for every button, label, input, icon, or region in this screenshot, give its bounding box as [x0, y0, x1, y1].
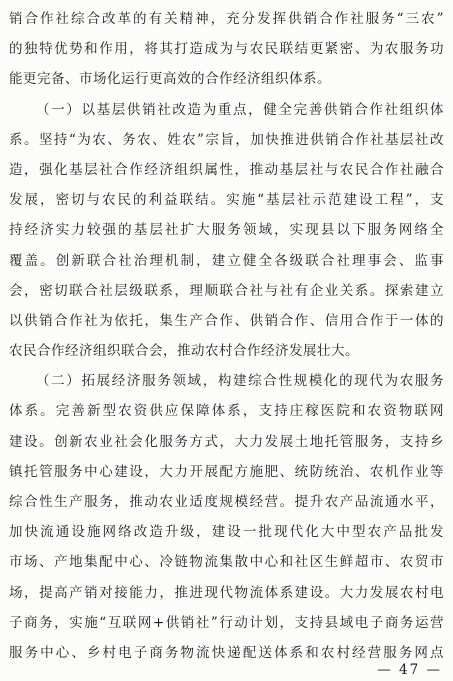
- text-line: 市场、产地集配中心、冷链物流集散中心和社区生鲜超市、农贸市: [9, 547, 444, 577]
- text-line: （二）拓展经济服务领域，构建综合性规模化的现代为农服务: [9, 366, 444, 396]
- text-line: 镇托管服务中心建设，大力开展配方施肥、统防统治、农机作业等: [9, 457, 444, 487]
- text-line: 造，强化基层社合作经济组织属性，推动基层社与农民合作社融合: [9, 155, 444, 185]
- document-page: 销合作社综合改革的有关精神，充分发挥供销合作社服务“三农”的独特优势和作用，将其…: [0, 0, 453, 681]
- text-line: 农民合作经济组织联合会，推动农村合作经济发展壮大。: [9, 336, 444, 366]
- page-number: — 47 —: [377, 662, 442, 678]
- text-line: 加快流通设施网络改造升级，建设一批现代化大中型农产品批发: [9, 517, 444, 547]
- text-line: 会，密切联合社层级联系，理顺联合社与社有企业关系。探索建立: [9, 276, 444, 306]
- text-line: 能更完备、市场化运行更高效的合作经济组织体系。: [9, 64, 444, 94]
- text-line: 的独特优势和作用，将其打造成为与农民联结更紧密、为农服务功: [9, 34, 444, 64]
- text-line: 发展，密切与农民的利益联结。实施“基层社示范建设工程”，支: [9, 185, 444, 215]
- text-line: 以供销合作社为依托，集生产合作、供销合作、信用合作于一体的: [9, 306, 444, 336]
- text-line: 持经济实力较强的基层社扩大服务领域，实现县以下服务网络全: [9, 215, 444, 245]
- text-line: 系。坚持“为农、务农、姓农”宗旨，加快推进供销合作社基层社改: [9, 125, 444, 155]
- text-line: 销合作社综合改革的有关精神，充分发挥供销合作社服务“三农”: [9, 4, 444, 34]
- text-line: 综合性生产服务，推动农业适度规模经营。提升农产品流通水平，: [9, 487, 444, 517]
- text-line: 场，提高产销对接能力，推进现代物流体系建设。大力发展农村电: [9, 578, 444, 608]
- text-line: 子商务，实施“互联网+供销社”行动计划，支持县域电子商务运营: [9, 608, 444, 638]
- text-line: 建设。创新农业社会化服务方式，大力发展土地托管服务，支持乡: [9, 427, 444, 457]
- text-line: （一）以基层供销社改造为重点，健全完善供销合作社组织体: [9, 95, 444, 125]
- text-line: 体系。完善新型农资供应保障体系，支持庄稼医院和农资物联网: [9, 396, 444, 426]
- text-line: 覆盖。创新联合社治理机制，建立健全各级联合社理事会、监事: [9, 246, 444, 276]
- document-body: 销合作社综合改革的有关精神，充分发挥供销合作社服务“三农”的独特优势和作用，将其…: [9, 4, 444, 668]
